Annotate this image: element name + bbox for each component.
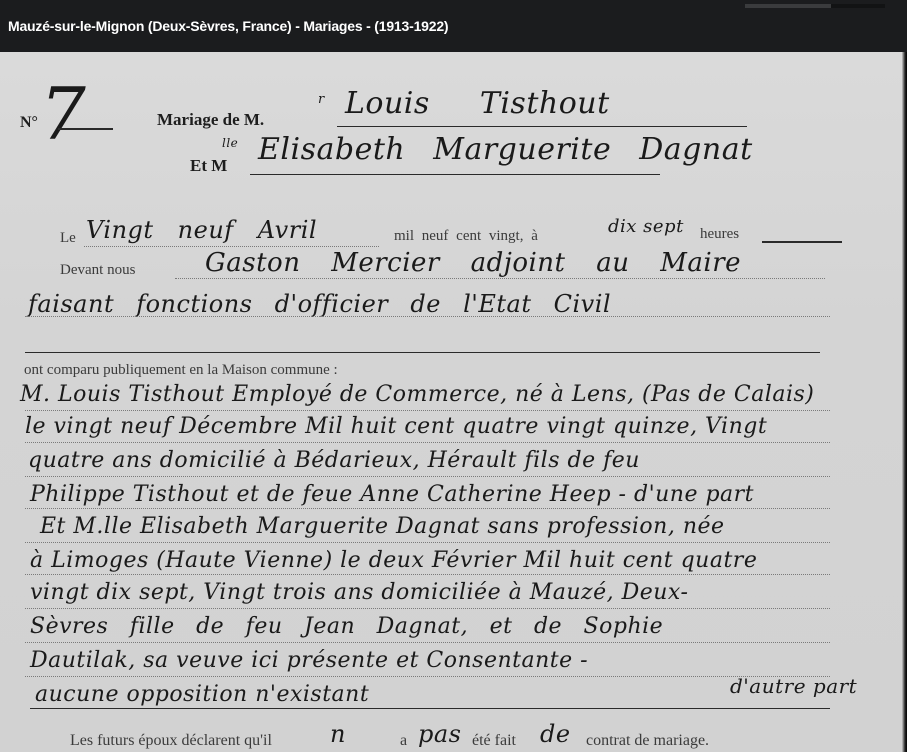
ruled-line bbox=[25, 476, 830, 477]
body-line-5: Et M.lle Elisabeth Marguerite Dagnat san… bbox=[40, 514, 725, 539]
body-line-6: à Limoges (Haute Vienne) le deux Février… bbox=[30, 548, 757, 573]
groom-name: Louis Tisthout bbox=[345, 86, 610, 121]
ruled-line bbox=[25, 642, 830, 643]
bride-name: Elisabeth Marguerite Dagnat bbox=[258, 132, 753, 167]
ruled-line bbox=[25, 508, 830, 509]
mlle-superscript: lle bbox=[222, 136, 238, 150]
contract-hand-3: de bbox=[540, 720, 571, 748]
page-edge bbox=[902, 52, 907, 752]
body-end-line bbox=[30, 708, 830, 709]
dautre-part: d'autre part bbox=[730, 674, 857, 698]
body-line-3: quatre ans domicilié à Bédarieux, Héraul… bbox=[28, 448, 640, 473]
body-line-1: M. Louis Tisthout Employé de Commerce, n… bbox=[20, 382, 814, 407]
mr-superscript: r bbox=[318, 92, 325, 107]
officer-underline bbox=[175, 278, 825, 279]
scroll-progress-bar[interactable] bbox=[745, 4, 885, 8]
body-line-2: le vingt neuf Décembre Mil huit cent qua… bbox=[25, 414, 767, 439]
ruled-line bbox=[25, 410, 830, 411]
date-day-month: Vingt neuf Avril bbox=[86, 216, 317, 244]
body-line-8: Sèvres fille de feu Jean Dagnat, et de S… bbox=[30, 614, 663, 639]
bride-underline bbox=[250, 174, 660, 175]
heures-label: heures bbox=[700, 226, 739, 243]
body-line-10: aucune opposition n'existant bbox=[35, 682, 369, 707]
hour-underline bbox=[762, 241, 842, 243]
et-label: Et M bbox=[190, 156, 227, 176]
viewer-title-bar: Mauzé-sur-le-Mignon (Deux-Sèvres, France… bbox=[0, 0, 907, 52]
le-label: Le bbox=[60, 230, 76, 247]
comparu-intro: ont comparu publiquement en la Maison co… bbox=[24, 362, 338, 379]
scanned-document-image[interactable]: N° 7 Mariage de M. r Louis Tisthout Et M… bbox=[0, 52, 907, 752]
scroll-progress-fill bbox=[745, 4, 831, 8]
body-line-9: Dautilak, sa veuve ici présente et Conse… bbox=[30, 648, 588, 673]
ruled-line bbox=[25, 442, 830, 443]
record-number-label: N° bbox=[20, 114, 38, 132]
body-line-7: vingt dix sept, Vingt trois ans domicili… bbox=[30, 580, 688, 605]
contract-text-3: été fait bbox=[472, 732, 516, 750]
hour-value: dix sept bbox=[608, 216, 684, 237]
groom-underline bbox=[337, 126, 747, 127]
section-divider bbox=[25, 352, 820, 353]
number-underline bbox=[58, 128, 113, 130]
devant-nous-label: Devant nous bbox=[60, 262, 135, 279]
mariage-label: Mariage de M. bbox=[157, 110, 264, 130]
officer-text: Gaston Mercier adjoint au Maire bbox=[205, 248, 741, 278]
year-text: mil neuf cent vingt, à bbox=[394, 228, 538, 245]
ruled-line bbox=[25, 676, 830, 677]
page-title: Mauzé-sur-le-Mignon (Deux-Sèvres, France… bbox=[8, 18, 448, 34]
contract-text-2: a bbox=[400, 732, 407, 750]
ruled-line bbox=[25, 542, 830, 543]
contract-text-4: contrat de mariage. bbox=[586, 732, 709, 750]
officer-text-2: faisant fonctions d'officier de l'Etat C… bbox=[28, 290, 611, 318]
contract-hand-1: n bbox=[330, 720, 346, 748]
body-line-4: Philippe Tisthout et de feue Anne Cather… bbox=[30, 482, 754, 507]
date-underline bbox=[84, 246, 379, 247]
ruled-line bbox=[25, 608, 830, 609]
contract-text-1: Les futurs époux déclarent qu'il bbox=[70, 732, 272, 750]
officer-underline-2 bbox=[25, 316, 830, 317]
record-number-value: 7 bbox=[40, 72, 86, 156]
ruled-line bbox=[25, 574, 830, 575]
contract-hand-2: pas bbox=[418, 720, 462, 748]
